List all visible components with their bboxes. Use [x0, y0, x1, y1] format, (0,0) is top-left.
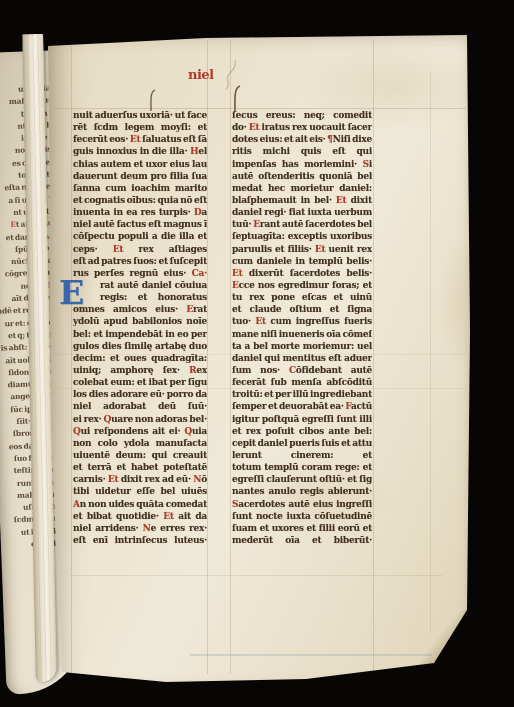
- text-line: et cognatis oībus: quia nō eſt: [73, 195, 207, 207]
- text-line: ſum nos· Cōfidebant autē quia: [232, 365, 372, 377]
- text-line: totum templū coram rege: et: [232, 462, 372, 474]
- text-line: ceps· Et rex aſtiages appoſitus: [73, 244, 207, 256]
- text-line: ei rex· Quare non adoras bel·: [73, 414, 207, 426]
- text-line: Sacerdotes autē eius ingreſſi: [232, 499, 372, 511]
- text-line: egreſſi clauſerunt oſtiū· et ſig: [232, 474, 372, 486]
- text-line: eſt enī intrinſecus luteus· forī: [73, 535, 207, 547]
- text-line: Ecce nos egredimur foras; et: [232, 280, 372, 292]
- ruling-line: [230, 40, 231, 674]
- text-line: cōſpectu populi a die illa et deī: [73, 231, 207, 243]
- text-line: mane niſi inueneris oīa cōmeſ: [232, 329, 372, 341]
- text-line: nuit aduerſus uxoriā· ut face: [73, 110, 207, 122]
- text-line: do· Et iratus rex uocauit ſacer: [232, 122, 372, 134]
- text-line: lerunt cinerem: et cribrauerūt per: [232, 450, 372, 462]
- text-line: igitur poſtquā egreſſi ſunt illi: [232, 414, 372, 426]
- pen-flourish-icon: [222, 58, 240, 92]
- running-title: niel: [188, 69, 222, 83]
- ruling-line: [70, 575, 442, 576]
- text-line: fecerāt ſub menſa abſcōditū in: [232, 377, 372, 389]
- manuscript-page: niel E nuit aduerſus uxoriā· ut facerēt …: [46, 32, 472, 696]
- text-line: guis innoxius in die illa· Hel: [73, 146, 207, 158]
- text-line: colebat eum: et ibat per ſīgu: [73, 377, 207, 389]
- text-line: los dies adorare eū· porro da: [73, 389, 207, 401]
- ascender-flourish-icon: [146, 88, 158, 112]
- text-line: non colo ydola manufacta ſed: [73, 438, 207, 450]
- text-line: ſemper et deuorabāt ea· Factū ē: [232, 401, 372, 413]
- ruling-line: [207, 40, 208, 674]
- text-line: rat autē daniel cōuiua: [73, 280, 207, 292]
- crease-line: [430, 72, 431, 632]
- text-line: chias autem et uxor eius lau: [73, 159, 207, 171]
- text-line: daniel regi· fiat iuxta uerbum: [232, 207, 372, 219]
- text-line: tibi uidetur eſſe bel uiuēs deus·: [73, 486, 207, 498]
- text-line: tuū· Erant autē ſacerdotes bel: [232, 219, 372, 231]
- text-line: troitū: et per illū ingrediebant: [232, 389, 372, 401]
- text-line: tu rex pone eſcas et uinū miſce·: [232, 292, 372, 304]
- text-line: bel: et impendebāt in eo per ſī: [73, 329, 207, 341]
- text-line: eſt ad patres ſuos: et ſuſcepit cy: [73, 256, 207, 268]
- text-line: ydolū apud babilonios noīe: [73, 316, 207, 328]
- text-line: ſunt nocte iuxta cōſuetudinē: [232, 511, 372, 523]
- ruling-line: [54, 108, 466, 109]
- ruling-line: [373, 40, 374, 674]
- text-line: Qui reſpondens ait ei· Quia: [73, 426, 207, 438]
- text-line: blaſphemauit in bel· Et dixit: [232, 195, 372, 207]
- text-line: ritis michi quis eſt qui comedit: [232, 146, 372, 158]
- text-line: medat hec morietur daniel: quia: [232, 183, 372, 195]
- text-line: ſecus ereus: neq; comedit aliquā: [232, 110, 372, 122]
- text-line: et claude oſtium et ſigna anulo: [232, 304, 372, 316]
- text-line: ſuam et uxores et filii eorū et cō: [232, 523, 372, 535]
- text-line: cepit daniel pueris ſuis et attu: [232, 438, 372, 450]
- ruling-line: [71, 40, 72, 674]
- text-line: regis: et honoratus ſuper: [73, 292, 207, 304]
- text-line: et terrā et habet poteſtatē oīs: [73, 462, 207, 474]
- text-line: et bibat quotidie· Et ait da: [73, 511, 207, 523]
- text-line: nantes anulo regis abierunt·: [232, 486, 372, 498]
- text-line: dotes eius: et ait eis· ¶Niſi dixe: [232, 134, 372, 146]
- text-line: paruulis et filiis· Et uenit rex: [232, 244, 372, 256]
- ruling-line: [190, 654, 432, 656]
- text-column-right: ſecus ereus: neq; comedit aliquādo· Et i…: [232, 110, 372, 547]
- text-line: decim: et oues quadragīta:: [73, 353, 207, 365]
- text-line: autē oſtenderitis quoniā bel cō: [232, 171, 372, 183]
- text-line: cum daniele in templū belis·: [232, 256, 372, 268]
- text-line: rēt ſcdm legem moyſi: et inter: [73, 122, 207, 134]
- text-line: impenſas has moriemini· Si: [232, 159, 372, 171]
- text-line: ſeptuagīta: exceptis uxoribus et: [232, 231, 372, 243]
- text-line: rus perſes regnū eius· Ca· xiiij·: [73, 268, 207, 280]
- parchment-stain: [438, 232, 482, 372]
- text-line: fecerūt eos· Et ſaluatus eſt ſā: [73, 134, 207, 146]
- text-line: niel arridens· Ne erres rex· Iſte: [73, 523, 207, 535]
- text-line: niel adorabat deū ſuū· Dixitq;: [73, 401, 207, 413]
- text-line: niel autē factus eſt magnus ī: [73, 219, 207, 231]
- corner-fold: [414, 610, 470, 674]
- text-line: uiniq; amphorę ſex· Rex quoq;: [73, 365, 207, 377]
- text-line: et rex poſuit cibos ante bel: pre: [232, 426, 372, 438]
- text-line: Et dixerūt ſacerdotes belis·: [232, 268, 372, 280]
- text-line: ſanna cum ioachim marito eius: [73, 183, 207, 195]
- text-line: omnes amicos eius· Erat quoq;: [73, 304, 207, 316]
- manuscript-photo: ur adoīa tēmaſte dū nōetua oīa ſūtnt adi…: [0, 0, 514, 707]
- text-line: An non uides quāta comedat: [73, 499, 207, 511]
- ascender-flourish-icon: [229, 84, 243, 112]
- text-line: carnis· Et dixit rex ad eū· Nō: [73, 474, 207, 486]
- text-line: gulos dies ſimilę artabę duo: [73, 341, 207, 353]
- text-line: mederūt oīa et biberūt· Surrexit: [232, 535, 372, 547]
- text-column-left: nuit aduerſus uxoriā· ut facerēt ſcdm le…: [73, 110, 207, 547]
- text-line: dauerunt deum pro filia ſua ſu: [73, 171, 207, 183]
- text-line: tuo· Et cum ingreſſus fueris: [232, 316, 372, 328]
- text-line: ta a bel morte moriemur: uel: [232, 341, 372, 353]
- text-line: daniel qui mentitus eſt aduer: [232, 353, 372, 365]
- text-line: inuenta in ea res turpis· Da: [73, 207, 207, 219]
- text-line: uiuentē deum: qui creauit celū: [73, 450, 207, 462]
